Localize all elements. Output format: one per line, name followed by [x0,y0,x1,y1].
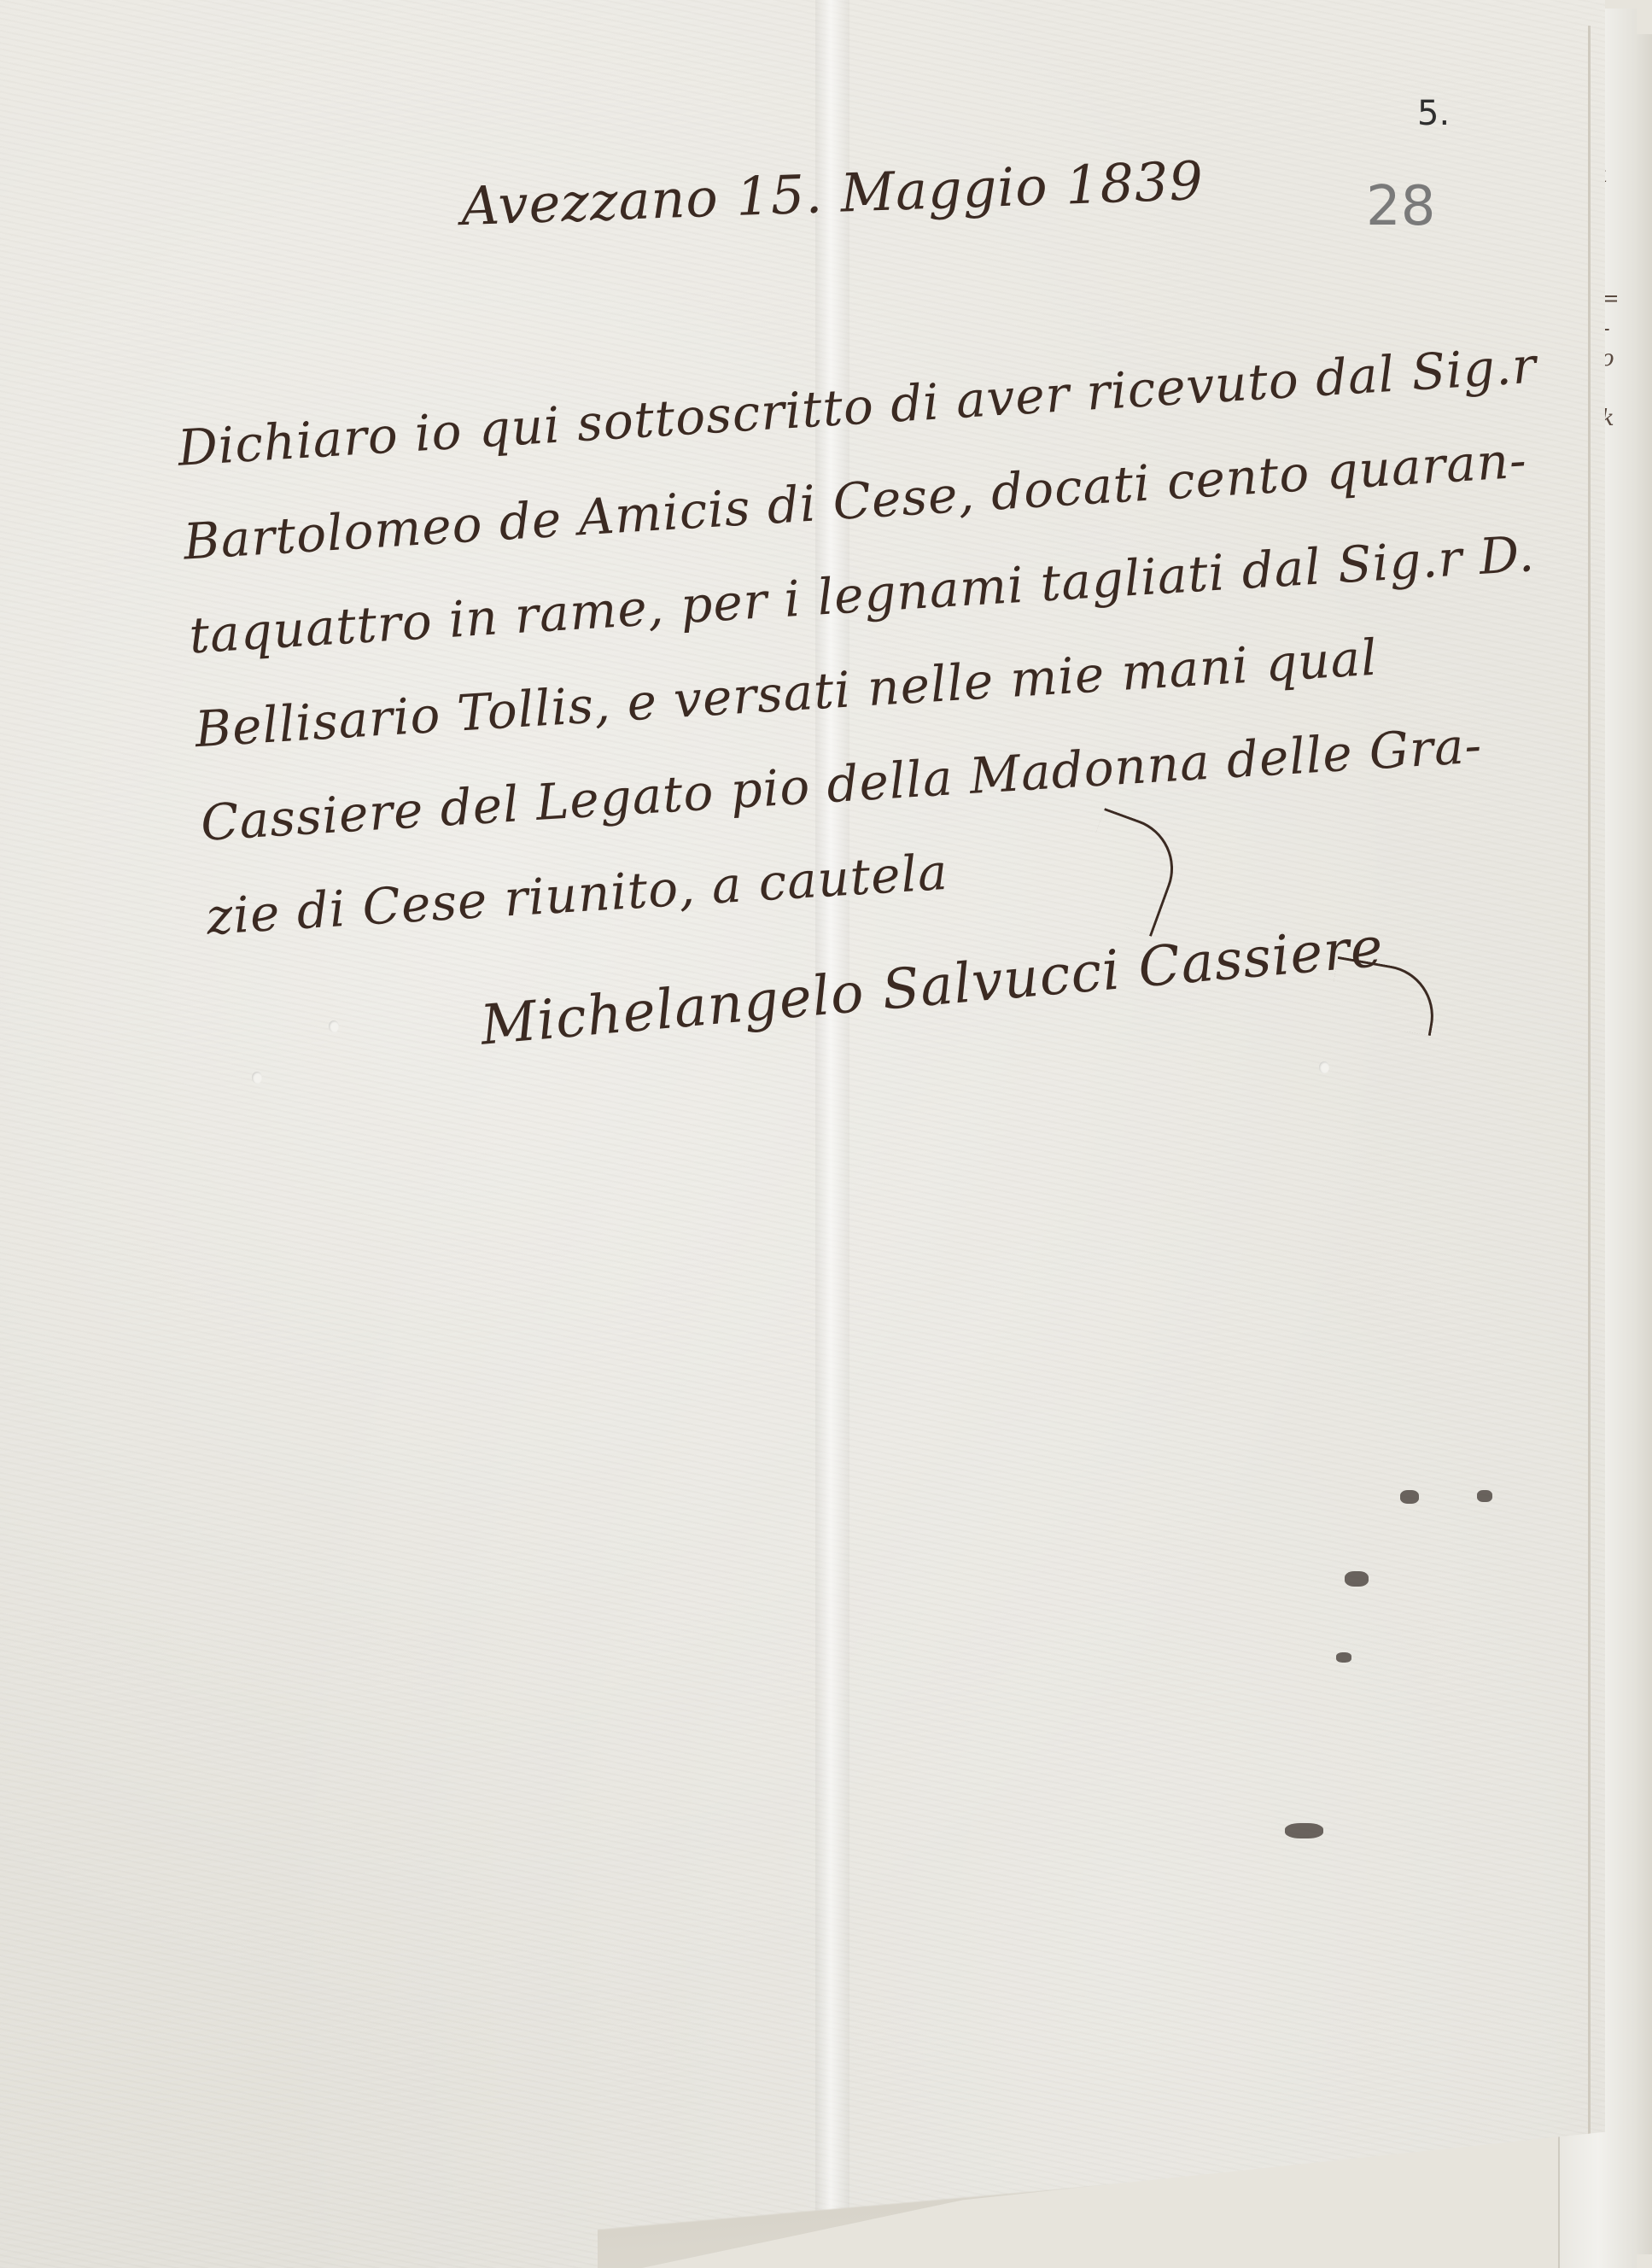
ink-blot [1336,1652,1351,1663]
folded-corner [598,2174,1605,2268]
fold-line [815,0,849,2268]
ink-blot [1400,1490,1419,1504]
page-edge [1588,26,1591,2212]
pin-hole [329,1020,339,1032]
archive-number: 28 [1366,175,1435,238]
ink-blot [1285,1823,1323,1838]
pin-hole [252,1072,262,1084]
pin-hole [1319,1061,1329,1073]
signature-flourish [1328,956,1442,1036]
ink-blot [1345,1571,1369,1587]
letter-body: Dichiaro io qui sottoscritto di aver ric… [175,319,1568,964]
letter-sheet: 5. 28 Avezzano 15. Maggio 1839 Dichiaro … [0,0,1605,2268]
ink-blot [1477,1490,1492,1502]
date-line: Avezzano 15. Maggio 1839 [460,149,1205,237]
archive-mark-top: 5. [1417,94,1450,133]
